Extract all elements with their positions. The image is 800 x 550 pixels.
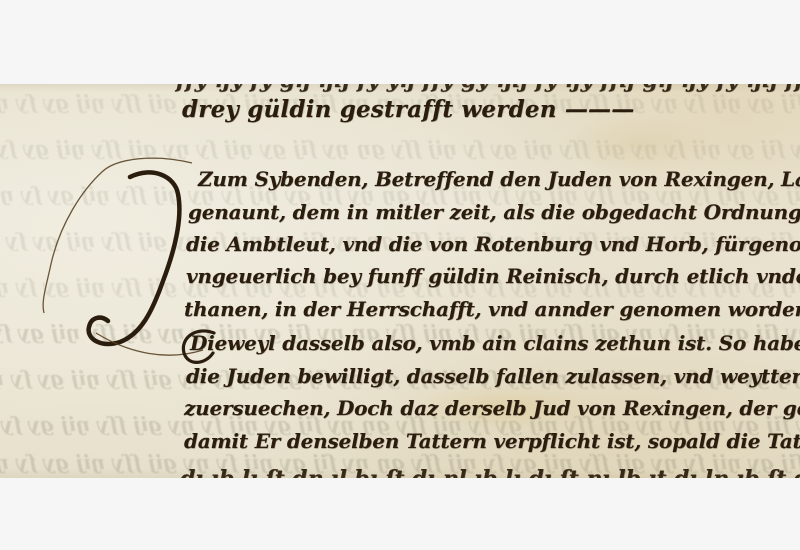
text-line: vngeuerlich bey funff güldin Reinisch, d… [186,263,800,289]
paper-stain [560,114,720,174]
screenshot-canvas: ŋy ſij gy ŋij ſy ŋy gij ſſy ŋij gy ſy ŋi… [0,0,800,550]
text-line: die Juden bewilligt, dasselb fallen zula… [186,363,800,389]
text-line: zuersuechen, Doch daz derselb Jud von Re… [184,395,800,421]
text-line: Dieweyl dasselb also, vmb ain clains zet… [190,330,800,356]
bleedthrough-line: ŋy ſij gy ŋij ſy ŋy gij ſſy ŋij gy ſy ŋi… [0,136,800,160]
heading-line: drey güldin gestrafft werden ——— [182,97,634,123]
text-line: damit Er denselben Tattern verpflicht is… [184,428,800,454]
text-line: genaunt, dem in mitler zeit, als die obg… [188,199,800,225]
manuscript-photo: ŋy ſij gy ŋij ſy ŋy gij ſſy ŋij gy ſy ŋi… [0,84,800,478]
text-line: Zum Sybenden, Betreffend den Juden von R… [198,166,800,192]
text-line: die Ambtleut, vnd die von Rotenburg vnd … [186,231,800,257]
clipped-text-line-top: ſſy ŋy ſy gŋ ŋij ſy yŋ ſſy gy ŋij ſy ŋy … [176,84,800,93]
clipped-text-line-bottom: dı ıb lı ſt dŋ ıl bı ſt dı ŋl ıb lı dı ſ… [180,466,800,478]
text-line: thanen, in der Herrschafft, vnd annder g… [184,296,800,322]
